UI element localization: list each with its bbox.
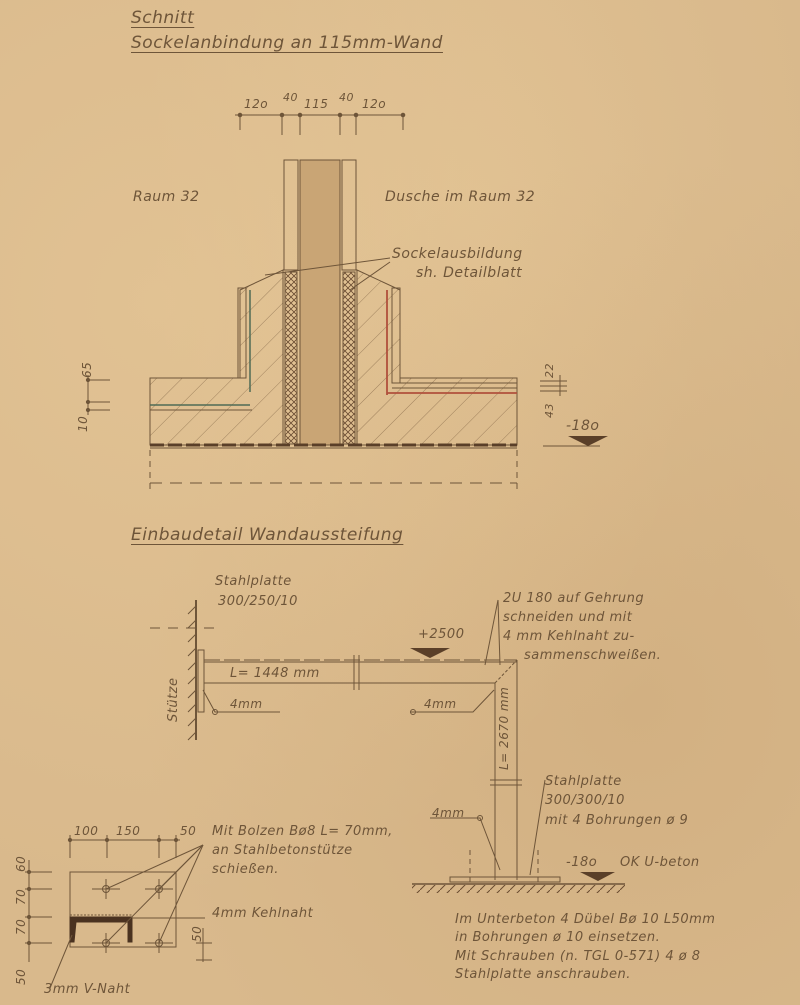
- section-title-schnitt: Schnitt: [131, 8, 194, 28]
- dim-right-43: 43: [543, 403, 556, 418]
- dim-plate-left-60: 60: [14, 856, 28, 872]
- plate-top-label: Stahlplatte: [215, 574, 292, 589]
- weld-left: 4mm: [230, 697, 263, 711]
- dim-top-3: 115: [304, 97, 328, 111]
- dim-plate-right-50: 50: [190, 926, 204, 942]
- level-marker-minus-180: -18o: [566, 418, 599, 434]
- column-label-stuetze: Stütze: [166, 677, 181, 722]
- level-plus-2500: +2500: [418, 627, 464, 642]
- post-length: L= 2670 mm: [497, 687, 511, 770]
- dim-right-22: 22: [543, 363, 556, 378]
- plate-bottom-dims: 300/300/10: [545, 793, 625, 808]
- dim-plate-50: 50: [180, 824, 196, 838]
- section-subtitle: Sockelanbindung an 115mm-Wand: [131, 33, 443, 53]
- dowel-note-4: Stahlplatte anschrauben.: [455, 967, 631, 982]
- dim-left-10: 10: [76, 416, 90, 432]
- dowel-note-3: Mit Schrauben (n. TGL 0-571) 4 ø 8: [455, 949, 701, 964]
- note-2u180-line2: schneiden und mit: [503, 610, 632, 625]
- plate-top-dims: 300/250/10: [218, 594, 298, 609]
- plate-bottom-holes: mit 4 Bohrungen ø 9: [545, 813, 688, 828]
- note-sockelausbildung: Sockelausbildung: [392, 246, 523, 262]
- drawing-sheet: Schnitt Sockelanbindung an 115mm-Wand 12…: [0, 0, 800, 1005]
- dim-plate-100: 100: [74, 824, 98, 838]
- weld-low: 4mm: [432, 806, 465, 820]
- label-dusche: Dusche im Raum 32: [385, 189, 535, 205]
- note-detailblatt: sh. Detailblatt: [416, 265, 522, 281]
- dowel-note-2: in Bohrungen ø 10 einsetzen.: [455, 930, 660, 945]
- bolt-note-1: Mit Bolzen Bø8 L= 70mm,: [212, 824, 393, 839]
- dowel-note-1: Im Unterbeton 4 Dübel Bø 10 L50mm: [455, 912, 715, 927]
- dim-top-2: 40: [283, 91, 298, 104]
- dim-plate-left-70b: 70: [14, 919, 28, 935]
- section-title-einbaudetail: Einbaudetail Wandaussteifung: [131, 525, 403, 545]
- dim-top-5: 12o: [362, 97, 386, 111]
- weld-v-note: 3mm V-Naht: [44, 982, 130, 997]
- dim-plate-left-70a: 70: [14, 889, 28, 905]
- dim-top-1: 12o: [244, 97, 268, 111]
- plate-bottom-label: Stahlplatte: [545, 774, 622, 789]
- bolt-note-3: schießen.: [212, 862, 279, 877]
- beam-length: L= 1448 mm: [230, 666, 320, 681]
- level-bottom: -18o: [566, 855, 597, 870]
- note-2u180-line4: sammenschweißen.: [524, 648, 661, 663]
- level-bottom-desc: OK U-beton: [620, 855, 700, 870]
- dim-plate-150: 150: [116, 824, 140, 838]
- weld-fillet-note: 4mm Kehlnaht: [212, 906, 313, 921]
- weld-mid: 4mm: [424, 697, 457, 711]
- note-2u180-line3: 4 mm Kehlnaht zu-: [503, 629, 635, 644]
- dim-plate-left-50: 50: [14, 969, 28, 985]
- note-2u180-line1: 2U 180 auf Gehrung: [503, 591, 644, 606]
- dim-top-4: 40: [339, 91, 354, 104]
- label-raum-32: Raum 32: [133, 189, 200, 205]
- bolt-note-2: an Stahlbetonstütze: [212, 843, 353, 858]
- dim-left-65: 65: [80, 362, 94, 378]
